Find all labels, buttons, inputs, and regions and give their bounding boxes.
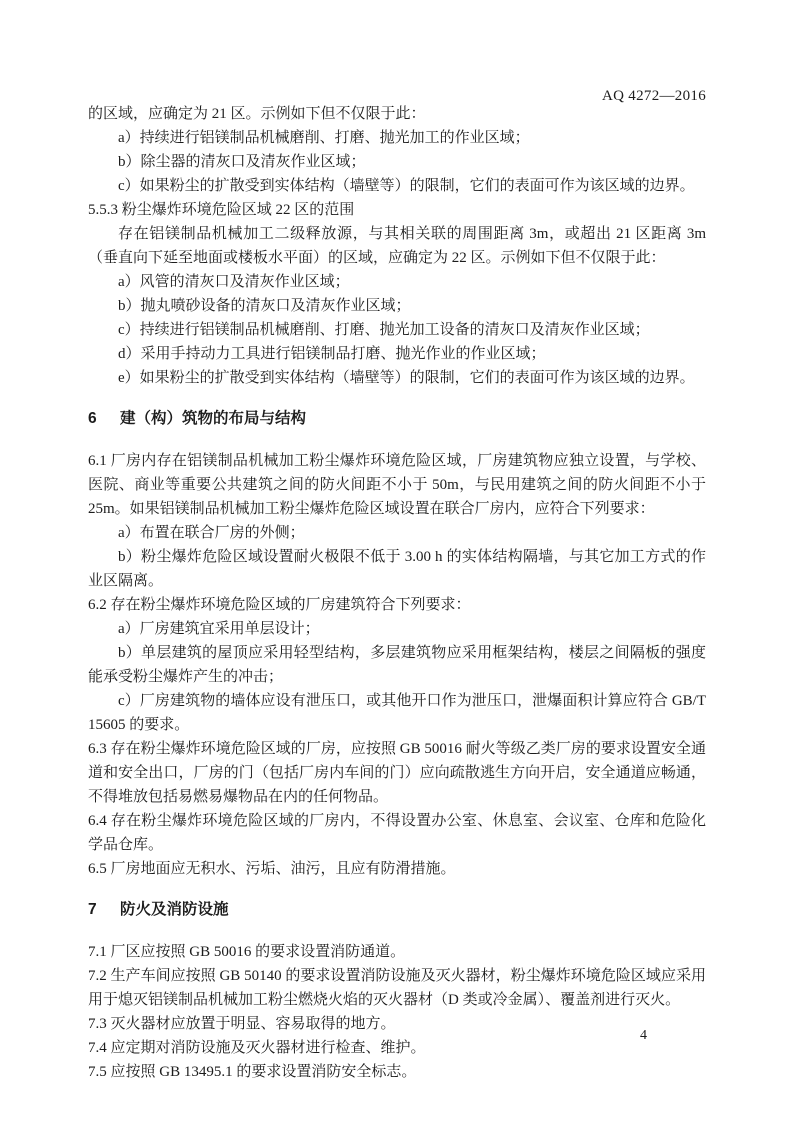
paragraph: 6.2 存在粉尘爆炸环境危险区域的厂房建筑符合下列要求： — [88, 593, 706, 617]
list-item: a）持续进行铝镁制品机械磨削、打磨、抛光加工的作业区域； — [88, 126, 706, 150]
paragraph: 的区域，应确定为 21 区。示例如下但不仅限于此： — [88, 102, 706, 126]
list-item: c）持续进行铝镁制品机械磨削、打磨、抛光加工设备的清灰口及清灰作业区域； — [88, 318, 706, 342]
paragraph: 6.4 存在粉尘爆炸环境危险区域的厂房内，不得设置办公室、休息室、会议室、仓库和… — [88, 809, 706, 857]
paragraph: 6.1 厂房内存在铝镁制品机械加工粉尘爆炸环境危险区域，厂房建筑物应独立设置，与… — [88, 449, 706, 521]
paragraph: 7.2 生产车间应按照 GB 50140 的要求设置消防设施及灭火器材，粉尘爆炸… — [88, 964, 706, 1012]
list-item: e）如果粉尘的扩散受到实体结构（墙壁等）的限制，它们的表面可作为该区域的边界。 — [88, 366, 706, 390]
paragraph: 6.3 存在粉尘爆炸环境危险区域的厂房，应按照 GB 50016 耐火等级乙类厂… — [88, 737, 706, 809]
list-item: d）采用手持动力工具进行铝镁制品打磨、抛光作业的作业区域； — [88, 342, 706, 366]
list-item: c）厂房建筑物的墙体应设有泄压口，或其他开口作为泄压口，泄爆面积计算应符合 GB… — [88, 689, 706, 737]
list-item: b）除尘器的清灰口及清灰作业区域； — [88, 150, 706, 174]
document-page: AQ 4272—2016 的区域，应确定为 21 区。示例如下但不仅限于此：a）… — [0, 0, 794, 1123]
list-item: b）粉尘爆炸危险区域设置耐火极限不低于 3.00 h 的实体结构隔墙，与其它加工… — [88, 545, 706, 593]
paragraph: 7.5 应按照 GB 13495.1 的要求设置消防安全标志。 — [88, 1060, 706, 1084]
page-number: 4 — [640, 1028, 647, 1044]
paragraph: 7.3 灭火器材应放置于明显、容易取得的地方。 — [88, 1012, 706, 1036]
list-item: a）布置在联合厂房的外侧； — [88, 521, 706, 545]
section-title: 防火及消防设施 — [120, 901, 229, 918]
list-item: a）风管的清灰口及清灰作业区域； — [88, 270, 706, 294]
list-item: b）抛丸喷砂设备的清灰口及清灰作业区域； — [88, 294, 706, 318]
paragraph: 5.5.3 粉尘爆炸环境危险区域 22 区的范围 — [88, 198, 706, 222]
paragraph: 7.4 应定期对消防设施及灭火器材进行检查、维护。 — [88, 1036, 706, 1060]
list-item: 存在铝镁制品机械加工二级释放源，与其相关联的周围距离 3m，或超出 21 区距离… — [88, 222, 706, 270]
list-item: c）如果粉尘的扩散受到实体结构（墙壁等）的限制，它们的表面可作为该区域的边界。 — [88, 174, 706, 198]
content: 的区域，应确定为 21 区。示例如下但不仅限于此：a）持续进行铝镁制品机械磨削、… — [88, 102, 706, 1084]
section-number: 6 — [88, 407, 120, 431]
section-heading: 6建（构）筑物的布局与结构 — [88, 407, 706, 431]
section-title: 建（构）筑物的布局与结构 — [120, 410, 306, 427]
list-item: a）厂房建筑宜采用单层设计； — [88, 617, 706, 641]
section-heading: 7防火及消防设施 — [88, 898, 706, 922]
paragraph: 7.1 厂区应按照 GB 50016 的要求设置消防通道。 — [88, 940, 706, 964]
list-item: b）单层建筑的屋顶应采用轻型结构，多层建筑物应采用框架结构，楼层之间隔板的强度能… — [88, 641, 706, 689]
section-number: 7 — [88, 898, 120, 922]
paragraph: 6.5 厂房地面应无积水、污垢、油污，且应有防滑措施。 — [88, 857, 706, 881]
